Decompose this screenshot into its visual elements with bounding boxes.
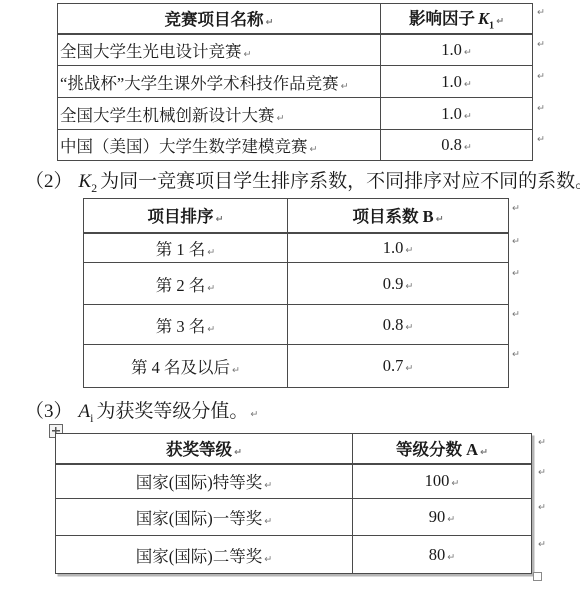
- paragraph-mark: ↵: [512, 349, 520, 360]
- paragraph-mark: ↵: [207, 324, 215, 335]
- cell-rank: 第 2 名↵: [84, 263, 288, 305]
- cell-rank: 第 1 名↵: [84, 233, 288, 263]
- cell-coefficient-value: 0.9↵: [288, 263, 509, 305]
- paragraph-mark: ↵: [264, 554, 272, 565]
- header-cell-level-score: 等级分数 A↵: [353, 434, 532, 464]
- variable-ai: Ai: [79, 401, 94, 422]
- paragraph-mark: ↵: [464, 111, 472, 122]
- paragraph-mark: ↵: [464, 47, 472, 58]
- paragraph-mark: ↵: [512, 203, 520, 214]
- cell-factor-value: 1.0↵: [381, 34, 533, 66]
- paragraph-mark: ↵: [537, 134, 545, 145]
- table-header-row: 竞赛项目名称↵ 影响因子K1↵: [58, 4, 533, 34]
- header-label: 获奖等级: [166, 440, 232, 459]
- cell-factor-value: 0.8↵: [381, 130, 533, 161]
- paragraph-mark: ↵: [537, 7, 545, 18]
- paragraph-mark: ↵: [464, 79, 472, 90]
- paragraph-mark: ↵: [405, 281, 413, 292]
- cell-coefficient-value: 1.0↵: [288, 233, 509, 263]
- paragraph-mark: ↵: [405, 363, 413, 374]
- paragraph-mark: ↵: [216, 214, 224, 225]
- paragraph-mark: ↵: [234, 447, 242, 458]
- paragraph-mark: ↵: [264, 480, 272, 491]
- variable-k2: K2: [79, 171, 98, 192]
- cell-competition-name: 全国大学生光电设计竞赛↵: [58, 34, 381, 66]
- header-label: 等级分数 A: [396, 440, 478, 459]
- paragraph-mark: ↵: [538, 437, 546, 448]
- header-label: 竞赛项目名称: [165, 10, 264, 29]
- table-row: 国家(国际)特等奖↵ 100↵: [56, 464, 532, 499]
- cell-score-value: 100↵: [353, 464, 532, 499]
- cell-competition-name: “挑战杯”大学生课外学术科技作品竞赛↵: [58, 66, 381, 98]
- table-header-row: 项目排序↵ 项目系数 B↵: [84, 199, 509, 233]
- award-level-table: 获奖等级↵ 等级分数 A↵ 国家(国际)特等奖↵ 100↵ 国家(国际)一等奖↵…: [55, 433, 532, 574]
- cell-award-level: 国家(国际)二等奖↵: [56, 536, 353, 574]
- paragraph-mark: ↵: [405, 322, 413, 333]
- table-row: “挑战杯”大学生课外学术科技作品竞赛↵ 1.0↵: [58, 66, 533, 98]
- table-row: 全国大学生光电设计竞赛↵ 1.0↵: [58, 34, 533, 66]
- header-cell-rank: 项目排序↵: [84, 199, 288, 233]
- table-row: 第 3 名↵ 0.8↵: [84, 305, 509, 345]
- paragraph-mark: ↵: [207, 283, 215, 294]
- paragraph-3: （3）Ai为获奖等级分值。↵: [25, 396, 258, 426]
- paragraph-mark: ↵: [436, 214, 444, 225]
- paragraph-mark: ↵: [451, 478, 459, 489]
- list-number: （3）: [25, 401, 73, 422]
- paragraph-mark: ↵: [341, 81, 349, 92]
- ranking-coefficient-table: 项目排序↵ 项目系数 B↵ 第 1 名↵ 1.0↵ 第 2 名↵ 0.9↵ 第 …: [83, 198, 509, 388]
- competition-factor-table: 竞赛项目名称↵ 影响因子K1↵ 全国大学生光电设计竞赛↵ 1.0↵ “挑战杯”大…: [57, 3, 533, 161]
- paragraph-mark: ↵: [538, 539, 546, 550]
- paragraph-2: （2）K2为同一竞赛项目学生排序系数，不同排序对应不同的系数。↵: [25, 166, 580, 196]
- cell-competition-name: 全国大学生机械创新设计大赛↵: [58, 98, 381, 130]
- paragraph-mark: ↵: [538, 467, 546, 478]
- cell-factor-value: 1.0↵: [381, 66, 533, 98]
- table-row: 第 2 名↵ 0.9↵: [84, 263, 509, 305]
- document-page: 竞赛项目名称↵ 影响因子K1↵ 全国大学生光电设计竞赛↵ 1.0↵ “挑战杯”大…: [0, 0, 580, 598]
- paragraph-mark: ↵: [537, 71, 545, 82]
- table-row: 中国（美国）大学生数学建模竞赛↵ 0.8↵: [58, 130, 533, 161]
- paragraph-text: 为获奖等级分值。: [96, 401, 248, 422]
- variable-k1: K1: [478, 9, 494, 28]
- paragraph-text: 为同一竞赛项目学生排序系数，不同排序对应不同的系数。: [100, 171, 580, 192]
- table-row: 国家(国际)一等奖↵ 90↵: [56, 499, 532, 536]
- paragraph-mark: ↵: [264, 516, 272, 527]
- paragraph-mark: ↵: [480, 447, 488, 458]
- paragraph-mark: ↵: [464, 142, 472, 153]
- paragraph-mark: ↵: [496, 16, 504, 27]
- cell-coefficient-value: 0.8↵: [288, 305, 509, 345]
- header-cell-influence-factor: 影响因子K1↵: [381, 4, 533, 34]
- paragraph-mark: ↵: [512, 236, 520, 247]
- paragraph-mark: ↵: [537, 103, 545, 114]
- cell-award-level: 国家(国际)一等奖↵: [56, 499, 353, 536]
- list-number: （2）: [25, 171, 73, 192]
- paragraph-mark: ↵: [277, 113, 285, 124]
- cell-factor-value: 1.0↵: [381, 98, 533, 130]
- paragraph-mark: ↵: [266, 17, 274, 28]
- paragraph-mark: ↵: [512, 309, 520, 320]
- cell-rank: 第 4 名及以后↵: [84, 345, 288, 388]
- paragraph-mark: ↵: [232, 365, 240, 376]
- header-label: 项目排序: [148, 207, 214, 226]
- cell-competition-name: 中国（美国）大学生数学建模竞赛↵: [58, 130, 381, 161]
- paragraph-mark: ↵: [537, 39, 545, 50]
- table-row: 第 4 名及以后↵ 0.7↵: [84, 345, 509, 388]
- cell-rank: 第 3 名↵: [84, 305, 288, 345]
- paragraph-mark: ↵: [310, 144, 318, 155]
- cell-award-level: 国家(国际)特等奖↵: [56, 464, 353, 499]
- cell-coefficient-value: 0.7↵: [288, 345, 509, 388]
- table-row: 国家(国际)二等奖↵ 80↵: [56, 536, 532, 574]
- table-header-row: 获奖等级↵ 等级分数 A↵: [56, 434, 532, 464]
- paragraph-mark: ↵: [512, 268, 520, 279]
- paragraph-mark: ↵: [405, 245, 413, 256]
- header-label: 影响因子: [409, 9, 475, 28]
- paragraph-mark: ↵: [447, 514, 455, 525]
- table-row: 全国大学生机械创新设计大赛↵ 1.0↵: [58, 98, 533, 130]
- paragraph-mark: ↵: [250, 409, 258, 420]
- header-cell-coefficient: 项目系数 B↵: [288, 199, 509, 233]
- cell-score-value: 80↵: [353, 536, 532, 574]
- cell-score-value: 90↵: [353, 499, 532, 536]
- paragraph-mark: ↵: [207, 247, 215, 258]
- table-row: 第 1 名↵ 1.0↵: [84, 233, 509, 263]
- paragraph-mark: ↵: [538, 502, 546, 513]
- table-resize-handle-icon[interactable]: [533, 572, 542, 581]
- header-cell-competition-name: 竞赛项目名称↵: [58, 4, 381, 34]
- paragraph-mark: ↵: [244, 49, 252, 60]
- header-cell-award-level: 获奖等级↵: [56, 434, 353, 464]
- paragraph-mark: ↵: [447, 552, 455, 563]
- header-label: 项目系数 B: [352, 207, 433, 226]
